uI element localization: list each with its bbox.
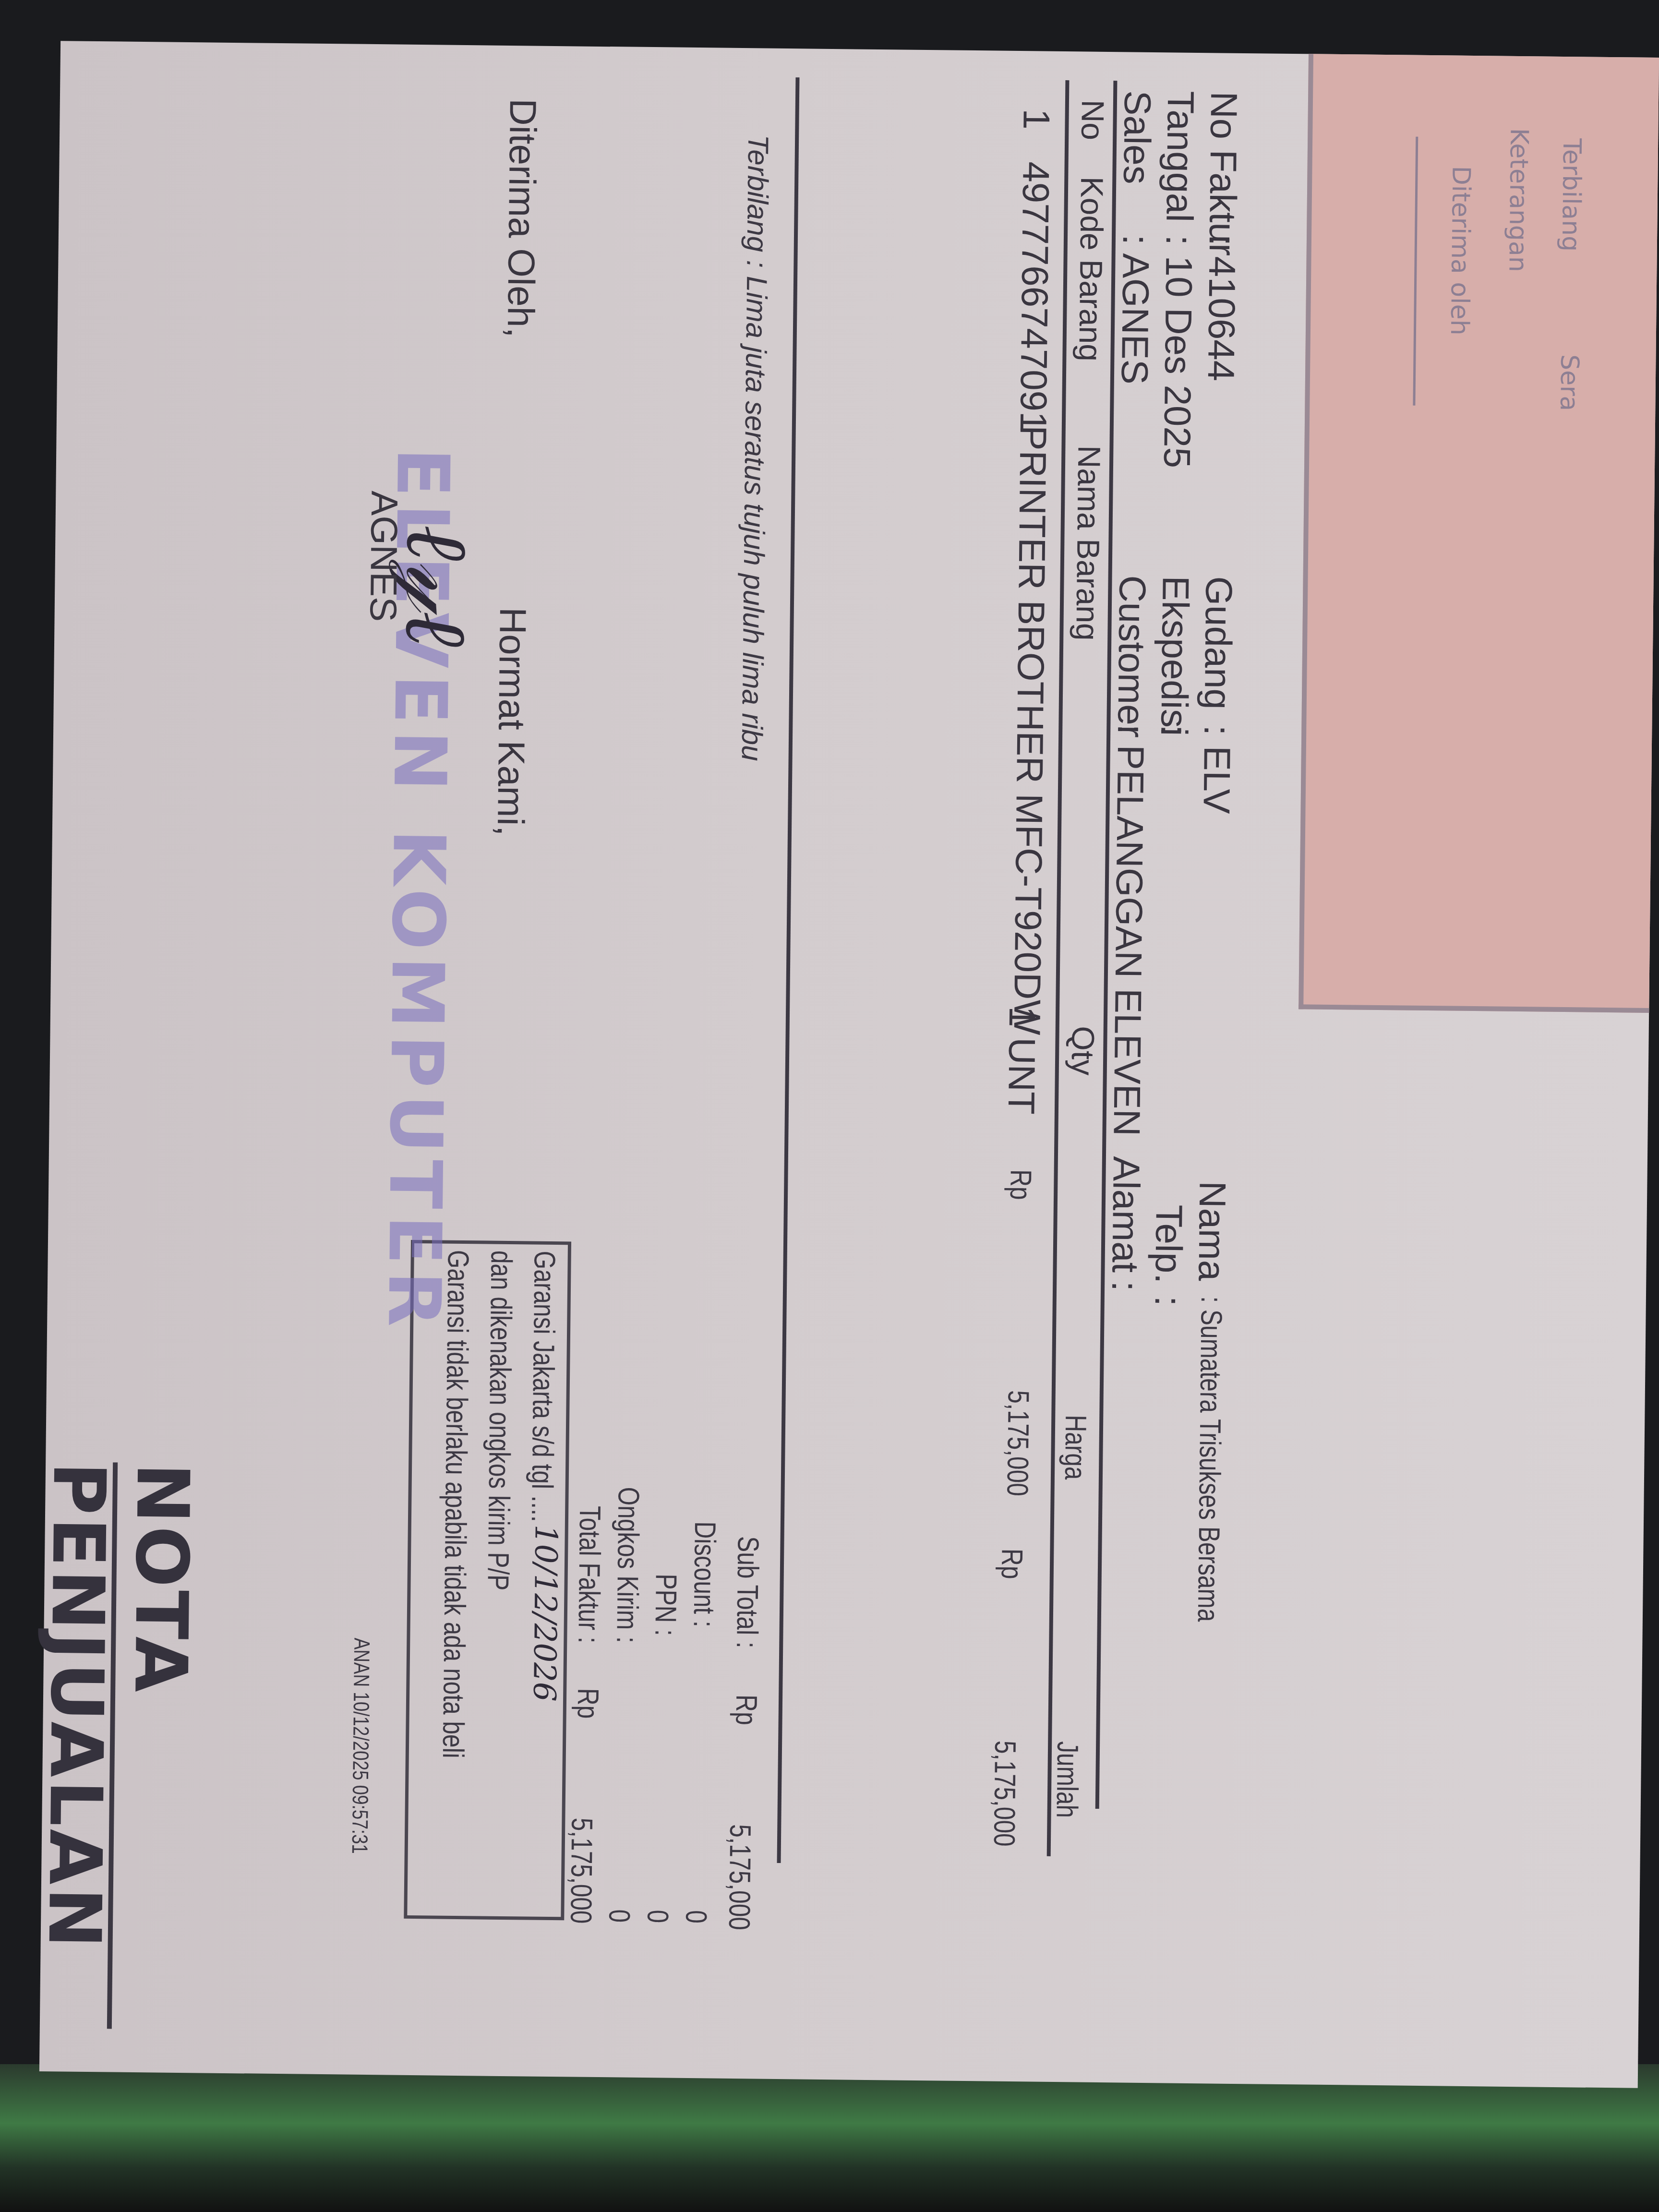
gudang-label: Gudang — [1196, 576, 1241, 710]
telp-value: : — [1146, 1296, 1190, 1307]
photo-scene: Terbilang Sera Keterangan Diterima oleh … — [0, 0, 1659, 2212]
ekspedisi-value: : — [1152, 724, 1196, 735]
sales-value: : AGNES — [1113, 234, 1158, 385]
carbon-copy-sheet: Terbilang Sera Keterangan Diterima oleh — [1298, 54, 1659, 1013]
discount-value: 0 — [679, 1910, 713, 1923]
total-faktur-currency: Rp — [571, 1688, 605, 1719]
tanggal-label: Tanggal — [1157, 91, 1202, 222]
ongkos-kirim-label: Ongkos Kirim : — [610, 1487, 645, 1643]
row-no: 1 — [1014, 108, 1058, 130]
warranty-line-2: dan dikenakan ongkos kirim P/P — [481, 1250, 518, 1591]
discount-label: Discount : — [687, 1521, 722, 1627]
customer-value: : PELANGGAN ELEVEN — [1105, 724, 1153, 1136]
signer-name: AGNES — [361, 491, 407, 622]
subtotal-currency: Rp — [729, 1695, 764, 1725]
sales-receipt: Terbilang Sera Keterangan Diterima oleh … — [39, 41, 1659, 2088]
row-nama-barang: PRINTER BROTHER MFC-T920DW — [1005, 425, 1055, 1035]
subtotal-label: Sub Total : — [730, 1536, 765, 1648]
row-kode-barang: 4977766747091 — [1011, 161, 1058, 433]
row-jumlah: 5,175,000 — [987, 1741, 1022, 1847]
subtotal-value: 5,175,000 — [722, 1824, 757, 1930]
gudang-value: : ELV — [1194, 725, 1239, 814]
hormat-kami-label: Hormat Kami, — [489, 607, 535, 837]
col-nama-barang: Nama Barang — [1069, 445, 1107, 641]
col-jumlah: Jumlah — [1050, 1741, 1085, 1818]
telp-label: Telp. — [1146, 1204, 1191, 1284]
diterima-oleh-label: Diterima Oleh, — [499, 98, 545, 338]
col-kode-barang: Kode Barang — [1072, 176, 1110, 361]
ekspedisi-label: Ekspedisi — [1152, 576, 1197, 736]
row-harga-currency: Rp — [1003, 1169, 1038, 1200]
no-faktur-label: No Faktur — [1201, 91, 1246, 256]
terbilang-text: Terbilang : Lima juta seratus tujuh pulu… — [735, 134, 775, 761]
carbon-terbilang-value: Sera — [1554, 354, 1584, 411]
tanggal-value: : 10 Des 2025 — [1155, 235, 1201, 469]
no-faktur-value: : 410644 — [1199, 235, 1244, 382]
warranty-line-1: Garansi Jakarta s/d tgl .... — [525, 1250, 562, 1522]
ppn-value: 0 — [640, 1910, 674, 1923]
alamat-value: : — [1103, 1281, 1147, 1292]
customer-label: Customer — [1109, 575, 1154, 738]
carbon-signature-line — [1413, 137, 1418, 406]
col-no: No — [1074, 99, 1111, 140]
carbon-terbilang-label: Terbilang — [1556, 138, 1586, 252]
warranty-handwritten-date: 10/12/2026 — [526, 1524, 564, 1702]
alamat-label: Alamat — [1103, 1156, 1148, 1273]
row-jumlah-currency: Rp — [995, 1549, 1029, 1579]
nama-label: Nama — [1190, 1181, 1234, 1281]
carbon-keterangan-label: Keterangan — [1503, 128, 1533, 273]
ongkos-kirim-value: 0 — [602, 1909, 636, 1923]
col-harga: Harga — [1058, 1415, 1093, 1480]
col-qty: Qty — [1065, 1026, 1102, 1075]
nama-value: : Sumatera Trisukses Bersama — [1191, 1296, 1228, 1622]
carbon-diterima-label: Diterima oleh — [1445, 166, 1476, 336]
ppn-label: PPN : — [648, 1574, 683, 1636]
document-title: NOTA PENJUALAN — [31, 1462, 204, 2073]
row-harga: 5,175,000 — [1000, 1390, 1035, 1496]
sales-label: Sales — [1115, 90, 1159, 184]
total-faktur-label: Total Faktur : — [571, 1505, 607, 1643]
background-desk — [0, 2064, 1659, 2212]
total-faktur-value: 5,175,000 — [564, 1817, 599, 1923]
table-bottom-rule — [777, 77, 800, 1863]
row-qty: 1 UNT — [999, 1006, 1044, 1115]
print-timestamp: ANAN 10/12/2025 09:57:31 — [347, 1638, 375, 1854]
